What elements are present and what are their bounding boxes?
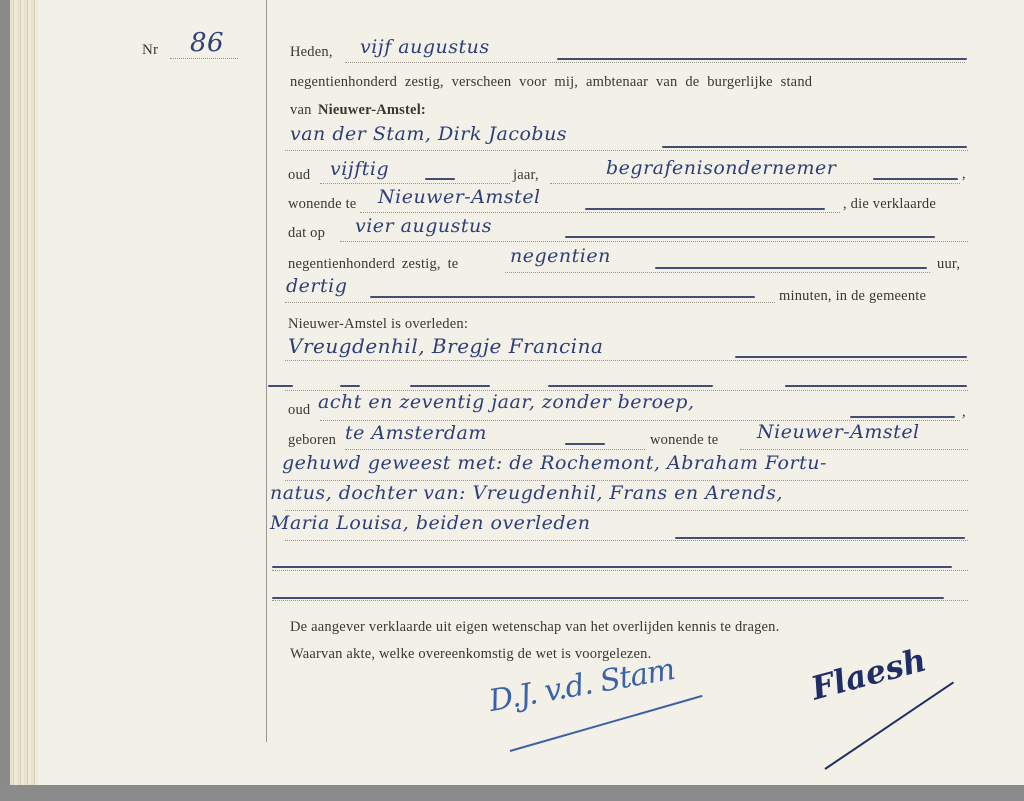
- dotted-line: [360, 212, 840, 213]
- death-minutes: dertig: [286, 275, 347, 297]
- overleden-label: Nieuwer-Amstel is overleden:: [288, 316, 468, 333]
- declarant-name: van der Stam, Dirk Jacobus: [290, 123, 567, 145]
- fill-stroke: [675, 537, 965, 539]
- dotted-line: [340, 241, 968, 242]
- deceased-age-occupation: acht en zeventig jaar, zonder beroep,: [318, 391, 695, 413]
- minuten-label: minuten, in de gemeente: [779, 288, 926, 305]
- dotted-line: [285, 150, 968, 151]
- remarks-line-1: gehuwd geweest met: de Rochemont, Abraha…: [282, 452, 827, 474]
- remarks-line-3: Maria Louisa, beiden overleden: [270, 512, 590, 534]
- fill-stroke: [565, 443, 605, 445]
- fill-stroke: [557, 58, 967, 60]
- declarant-age: vijftig: [330, 158, 389, 180]
- comma: ,: [962, 404, 966, 421]
- municipality: Nieuwer-Amstel:: [318, 102, 426, 119]
- death-date: vier augustus: [355, 215, 492, 237]
- dotted-line: [272, 600, 968, 601]
- deceased-name: Vreugdenhil, Bregje Francina: [288, 334, 603, 358]
- heden-label: Heden,: [290, 44, 333, 61]
- record-number-dots: [170, 58, 238, 59]
- declarant-occupation: begrafenisondernemer: [606, 157, 836, 179]
- fill-stroke: [662, 146, 967, 148]
- fill-stroke: [268, 385, 293, 387]
- fill-stroke: [735, 356, 967, 358]
- fill-stroke: [425, 178, 455, 180]
- dotted-line: [320, 183, 510, 184]
- fill-stroke: [655, 267, 927, 269]
- die-verklaarde-label: , die verklaarde: [843, 196, 936, 213]
- strike-line: [272, 597, 944, 599]
- dotted-line: [505, 272, 930, 273]
- uur-label: uur,: [937, 256, 960, 273]
- fill-stroke: [370, 296, 755, 298]
- comma: ,: [962, 166, 966, 183]
- dat-op-label: dat op: [288, 225, 325, 242]
- declaration-date: vijf augustus: [360, 36, 490, 58]
- margin-rule: [266, 0, 267, 742]
- printed-line-2: negentienhonderd zestig, verscheen voor …: [290, 74, 812, 91]
- death-hour: negentien: [510, 245, 611, 267]
- fill-stroke: [565, 236, 935, 238]
- fill-stroke: [850, 416, 955, 418]
- geboren-label: geboren: [288, 432, 336, 449]
- strike-line: [272, 566, 952, 568]
- reading-statement: Waarvan akte, welke overeenkomstig de we…: [290, 646, 651, 663]
- fill-stroke: [873, 178, 958, 180]
- dotted-line: [740, 449, 968, 450]
- background: [0, 785, 1024, 801]
- closing-statement: De aangever verklaarde uit eigen wetensc…: [290, 619, 779, 636]
- van-label: van: [290, 102, 312, 119]
- jaar-label: jaar,: [513, 167, 539, 184]
- record-number-value: 86: [190, 28, 224, 58]
- wonende-te-label: wonende te: [288, 196, 356, 213]
- oud-label: oud: [288, 167, 310, 184]
- fill-stroke: [585, 208, 825, 210]
- year-te-label: negentienhonderd zestig, te: [288, 256, 458, 273]
- deceased-residence: Nieuwer-Amstel: [757, 421, 920, 443]
- dotted-line: [285, 510, 968, 511]
- dotted-line: [345, 449, 645, 450]
- wonende-te-label-2: wonende te: [650, 432, 718, 449]
- dotted-line: [272, 570, 968, 571]
- birthplace: te Amsterdam: [345, 422, 487, 444]
- dotted-line: [550, 183, 960, 184]
- dotted-line: [285, 360, 968, 361]
- record-number-label: Nr: [142, 42, 158, 59]
- declarant-residence: Nieuwer-Amstel: [378, 186, 541, 208]
- dotted-line: [285, 302, 775, 303]
- remarks-line-2: natus, dochter van: Vreugdenhil, Frans e…: [270, 482, 783, 504]
- deceased-oud-label: oud: [288, 402, 310, 419]
- fill-stroke: [340, 385, 360, 387]
- dotted-line: [285, 480, 968, 481]
- dotted-line: [345, 62, 965, 63]
- fill-stroke: [410, 385, 490, 387]
- dotted-line: [285, 540, 968, 541]
- fill-stroke: [548, 385, 713, 387]
- fill-stroke: [785, 385, 967, 387]
